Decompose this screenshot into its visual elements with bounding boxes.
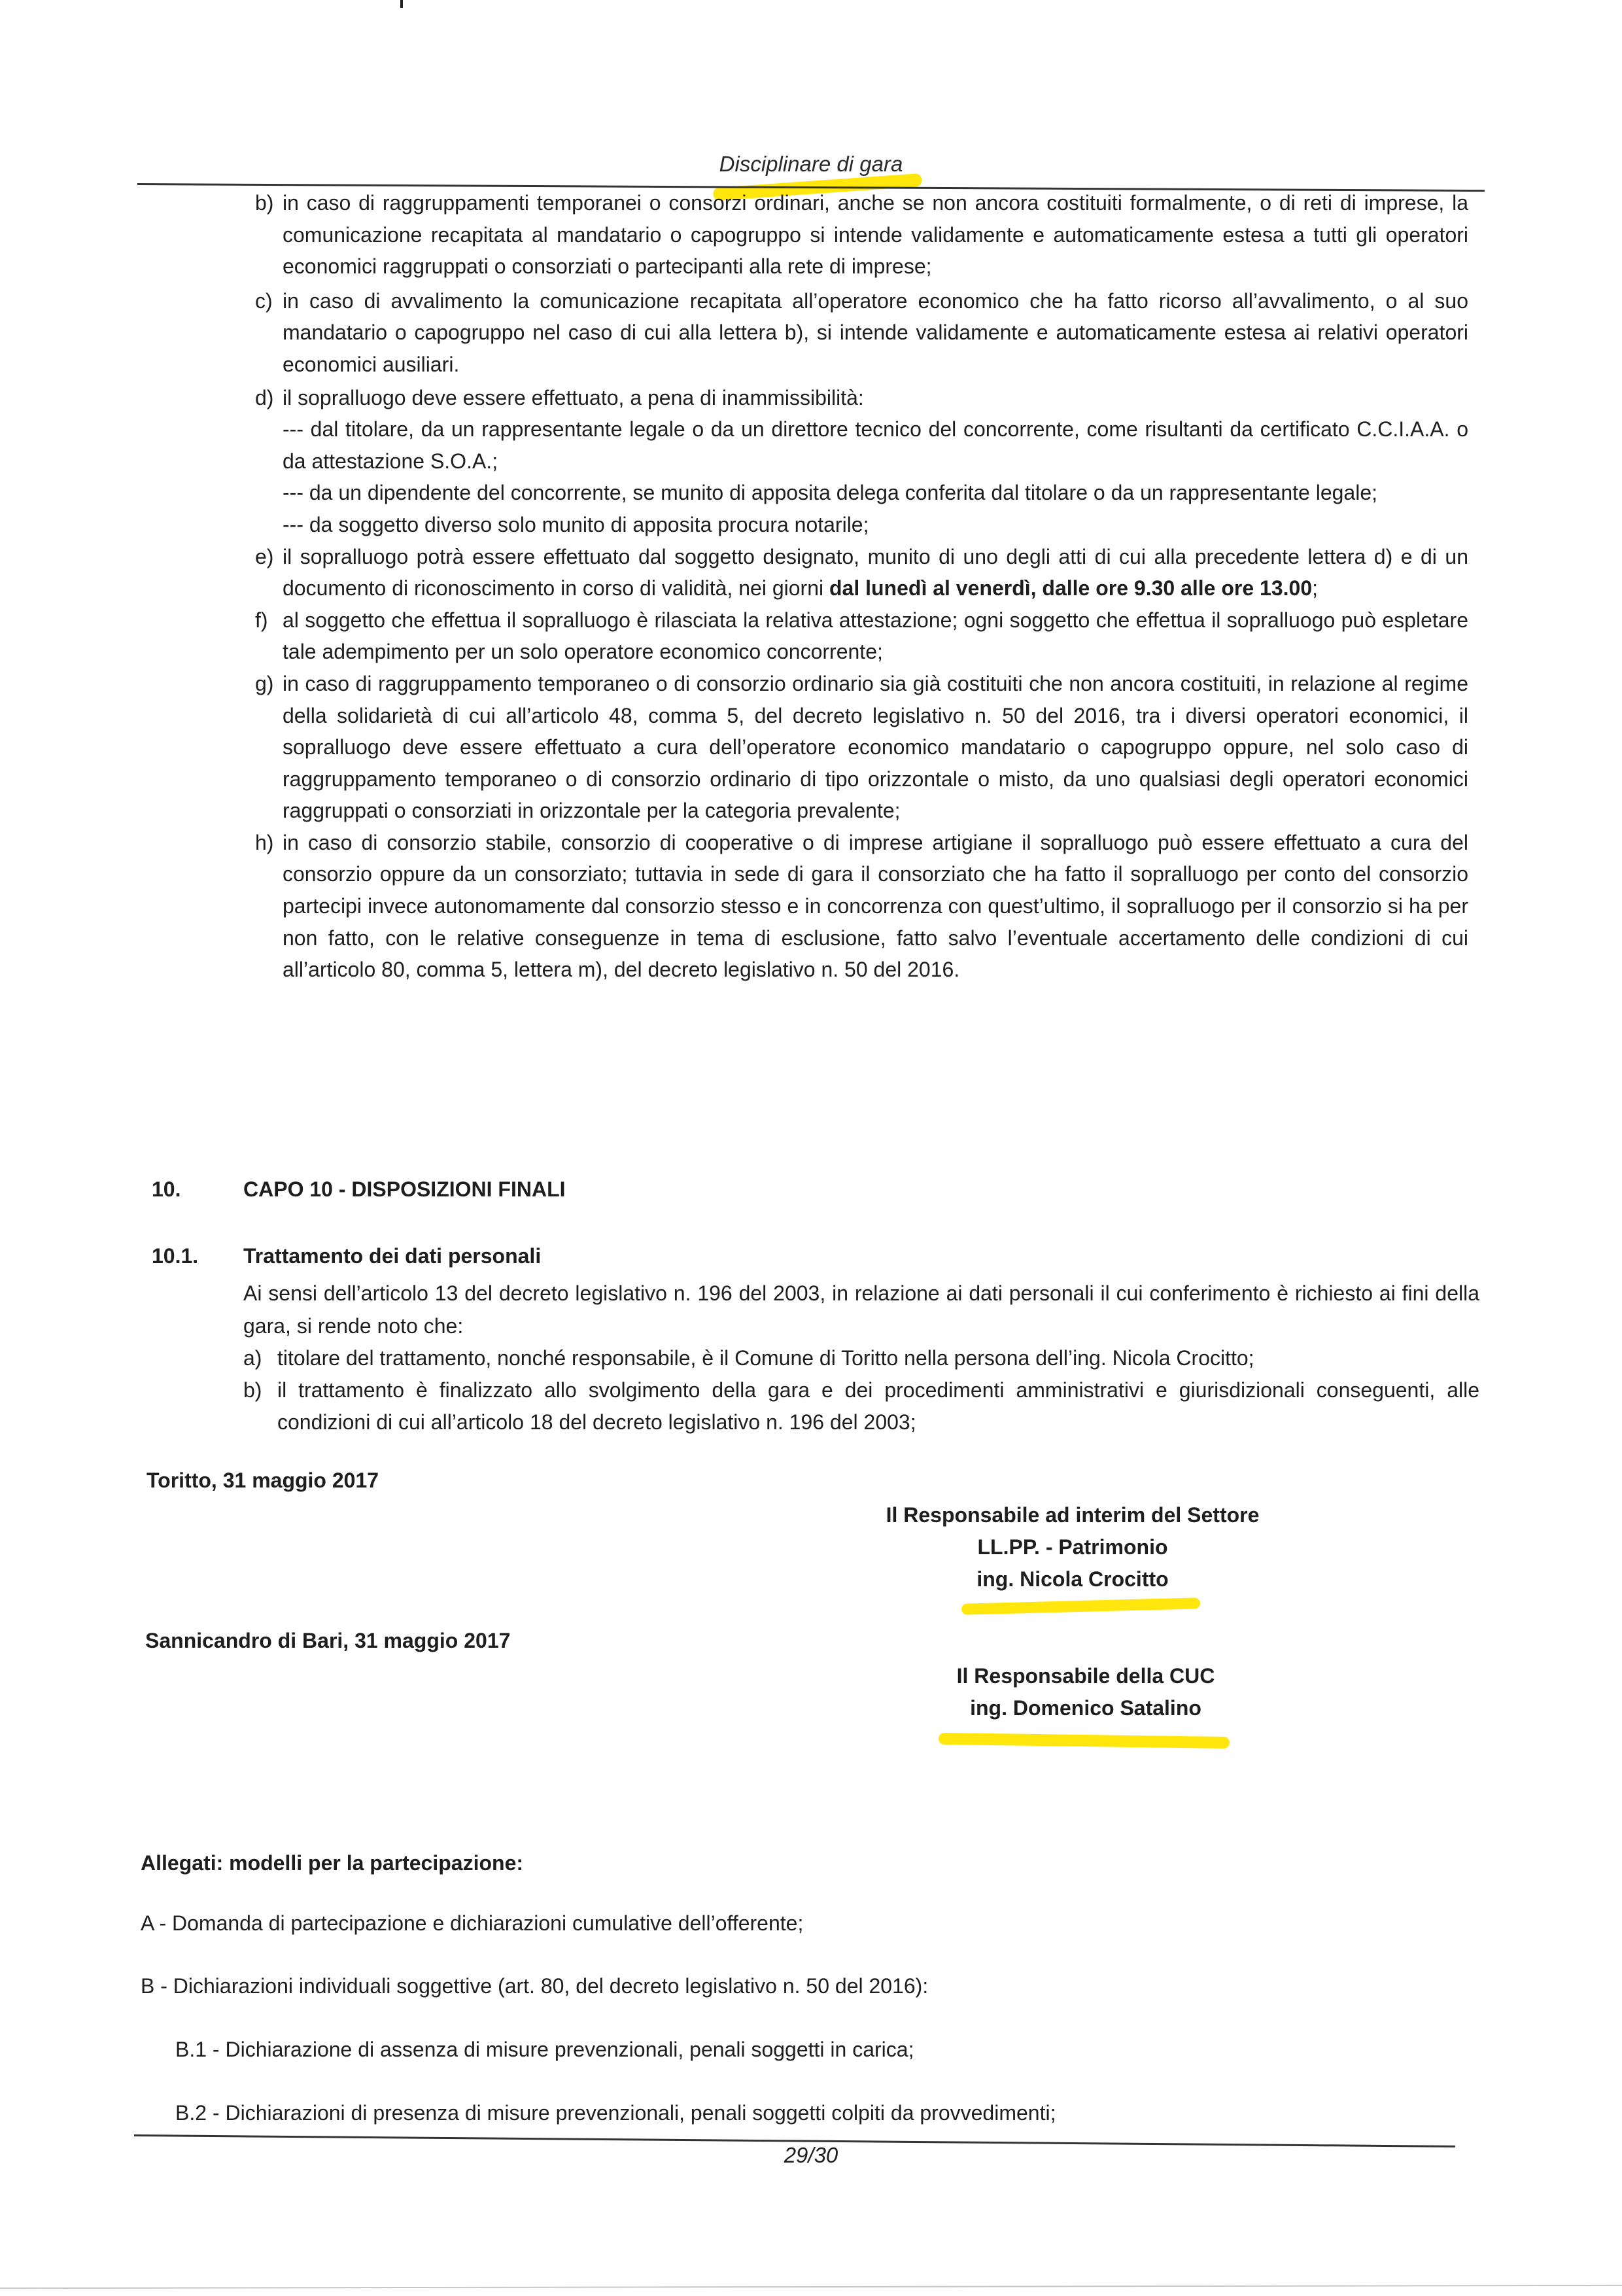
list-item-b: b) in caso di raggruppamenti temporanei … <box>255 187 1468 283</box>
list-text: in caso di consorzio stabile, consorzio … <box>283 827 1468 986</box>
privacy-intro: Ai sensi dell’articolo 13 del decreto le… <box>243 1277 1479 1342</box>
signer-department: LL.PP. - Patrimonio <box>837 1531 1308 1563</box>
list-label: b) <box>243 1374 262 1406</box>
list-text: il sopralluogo potrà essere effettuato d… <box>283 541 1468 604</box>
signer-name: ing. Nicola Crocitto <box>837 1563 1308 1595</box>
list-label: d) <box>255 382 273 414</box>
list-text: titolare del trattamento, nonché respons… <box>277 1342 1479 1374</box>
list-text: in caso di raggruppamento temporaneo o d… <box>283 668 1468 827</box>
list-label: h) <box>255 827 273 859</box>
scan-crop-mark <box>400 0 403 8</box>
visit-hours: dal lunedì al venerdì, dalle ore 9.30 al… <box>829 576 1312 600</box>
scan-edge <box>0 2285 1622 2289</box>
list-text: in caso di avvalimento la comunicazione … <box>283 285 1468 381</box>
list-label: g) <box>255 668 273 700</box>
list-item-d: d) il sopralluogo deve essere effettuato… <box>255 382 1468 541</box>
signature-block-2: Il Responsabile della CUC ing. Domenico … <box>850 1660 1321 1724</box>
privacy-item-b: b) il trattamento è finalizzato allo svo… <box>243 1374 1479 1438</box>
header-title: Disciplinare di gara <box>0 152 1622 177</box>
attachment-b1: B.1 - Dichiarazione di assenza di misure… <box>175 2038 914 2062</box>
attachment-b: B - Dichiarazioni individuali soggettive… <box>141 1974 928 1998</box>
signer-role: Il Responsabile ad interim del Settore <box>837 1499 1308 1531</box>
privacy-item-a: a) titolare del trattamento, nonché resp… <box>243 1342 1479 1374</box>
signature-highlight-mark <box>961 1597 1200 1615</box>
list-text-end: ; <box>1312 576 1318 600</box>
signer-name: ing. Domenico Satalino <box>850 1692 1321 1724</box>
list-label: a) <box>243 1342 262 1374</box>
section-title: CAPO 10 - DISPOSIZIONI FINALI <box>243 1177 566 1202</box>
list-item-h: h) in caso di consorzio stabile, consorz… <box>255 827 1468 986</box>
list-label: c) <box>255 285 273 317</box>
signer-role: Il Responsabile della CUC <box>850 1660 1321 1692</box>
attachment-b2: B.2 - Dichiarazioni di presenza di misur… <box>175 2101 1056 2125</box>
attachments-title: Allegati: modelli per la partecipazione: <box>141 1851 523 1875</box>
signature-block-1: Il Responsabile ad interim del Settore L… <box>837 1499 1308 1595</box>
list-text: il sopralluogo deve essere effettuato, a… <box>283 382 1468 414</box>
list-item-e: e) il sopralluogo potrà essere effettuat… <box>255 541 1468 604</box>
subsection-number: 10.1. <box>152 1244 198 1268</box>
place-date-toritto: Toritto, 31 maggio 2017 <box>147 1469 379 1493</box>
list-text: in caso di raggruppamenti temporanei o c… <box>283 187 1468 283</box>
place-date-sannicandro: Sannicandro di Bari, 31 maggio 2017 <box>145 1629 510 1653</box>
list-item-f: f) al soggetto che effettua il sopralluo… <box>255 604 1468 668</box>
list-label: b) <box>255 187 273 219</box>
conditions-list: b) in caso di raggruppamenti temporanei … <box>255 187 1468 986</box>
list-text: il trattamento è finalizzato allo svolgi… <box>277 1374 1479 1438</box>
list-subitem: --- da soggetto diverso solo munito di a… <box>283 509 1468 541</box>
section-number: 10. <box>152 1177 181 1202</box>
page-number: 29/30 <box>0 2143 1622 2168</box>
list-item-c: c) in caso di avvalimento la comunicazio… <box>255 285 1468 381</box>
document-page: Disciplinare di gara b) in caso di raggr… <box>0 0 1622 2296</box>
subsection-title: Trattamento dei dati personali <box>243 1244 541 1268</box>
list-item-g: g) in caso di raggruppamento temporaneo … <box>255 668 1468 827</box>
signature-highlight-mark <box>939 1733 1230 1748</box>
privacy-list: a) titolare del trattamento, nonché resp… <box>243 1342 1479 1438</box>
list-subitem: --- da un dipendente del concorrente, se… <box>283 477 1468 509</box>
list-text: al soggetto che effettua il sopralluogo … <box>283 604 1468 668</box>
attachment-a: A - Domanda di partecipazione e dichiara… <box>141 1911 803 1936</box>
list-label: e) <box>255 541 273 573</box>
list-label: f) <box>255 604 268 636</box>
list-subitem: --- dal titolare, da un rappresentante l… <box>283 413 1468 477</box>
